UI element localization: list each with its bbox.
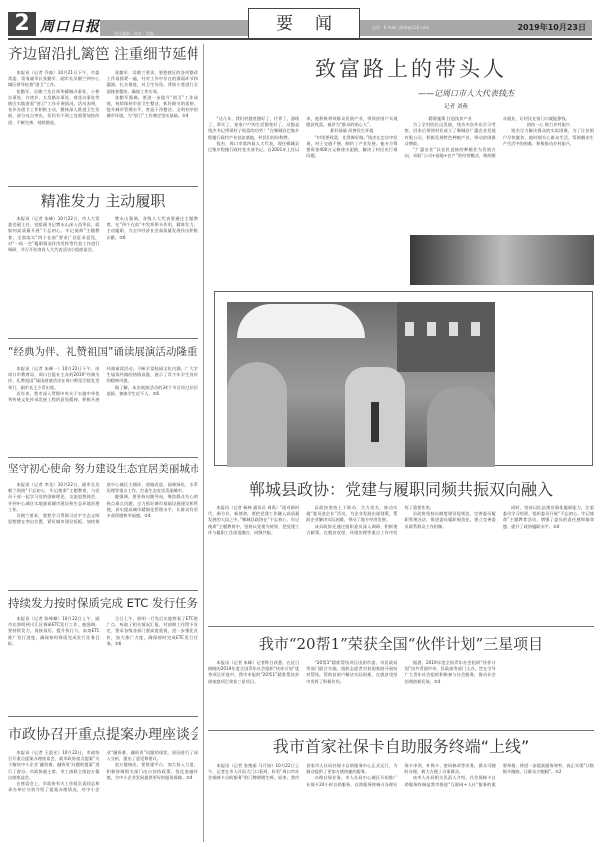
headline: 齐边留沿扎篱笆 注重细节延伸: [8, 44, 198, 66]
lead-headline: 致富路上的带头人: [208, 52, 594, 86]
article-social-security-terminal: 我市首家社保卡自助服务终端“上线” 本报讯（记者 张艳丽 马月如）10月22日上…: [208, 734, 594, 844]
article-etc-issuance: 持续发力按时保质完成 ETC 发行任务 本报讯（记者 陈峥嵘）10月22日上午，…: [8, 593, 198, 705]
photo-news-block: [214, 291, 593, 466]
article-people-congress-duty: 精准发力 主动履职 本报讯（记者 朱峰）10月22日，市人大常委会副主任、党组副…: [8, 190, 198, 335]
divider: [8, 716, 198, 717]
article-body: 本报讯（记者 张艳丽 马月如）10月22日上午，记者在市人社局大门口看到，标有“…: [208, 763, 594, 843]
paragraph: 据了解，本次展演活动的34个节目经过层层选拔，参演学生近千人。②6: [107, 385, 199, 397]
paper-name-logo: 周口日报: [40, 16, 100, 36]
news-photo: [227, 302, 495, 467]
article-body: 本报讯（记者 朱峰一）10月22日下午，由周口市教育局、周口日报社主办的2019…: [8, 366, 198, 454]
paragraph: 樊永山强调，各级人大代表要通过主题教育，在“四个在前”中发挥带头作用，精准发力，…: [107, 216, 199, 241]
paragraph: 张勤军、吴朝兰先后到华耀城办事处、小桥办事处、许湾乡、太昊路办事处、荷花办事处等…: [8, 89, 100, 126]
byline: 记者 刘燕: [208, 102, 594, 112]
masthead-rule: [8, 38, 592, 40]
umbrella-shape: [237, 304, 365, 338]
section-title: 要闻: [248, 8, 360, 38]
paragraph: “20帮1”精准帮扶项目由团市委、市民政局等部门联合实施，组织志愿者对贫困家庭开…: [306, 660, 397, 685]
page-number: 2: [8, 12, 36, 36]
crowd-shape: [427, 387, 495, 467]
article-partner-program: 我市“20帮1”荣获全国“伙伴计划”三星项目 本报讯（记者 朱峰）记者昨日获悉，…: [208, 630, 594, 728]
divider: [208, 626, 594, 627]
paragraph: 张勤军强调，要进一步提升“创卫”工作成效，持续保持市容卫生整洁，抓好细节的延伸，…: [107, 95, 199, 120]
meta-bar: 电话 · E-mail: zkrb@126.com 2019年10月23日: [360, 20, 592, 36]
divider: [8, 590, 198, 591]
editor-credits: 责任编辑 · 校对 · 美编: [100, 31, 154, 36]
divider: [208, 730, 594, 731]
divider: [8, 457, 198, 458]
paragraph: 钱杰尽力解决群众的实际困难，为了让贫困户尽快脱贫，他时刻关心群众生活，帮助解决生…: [503, 128, 594, 147]
issue-date: 2019年10月23日: [517, 20, 586, 36]
campaign-banner: [410, 235, 594, 285]
article-body: 本报讯（记者 王晨光）10月22日，市政协召开重点提案办理座谈会，就市政协重点提…: [8, 750, 198, 842]
article-body: 本报讯（记者 乔森）10月21日下午，市委常委、常务副市长张勤军、副市长吴朝兰到…: [8, 70, 198, 182]
paragraph: 为了全村的长远发展，钱杰多次外出学习考察，回来后带领村民成立了郸城县广惠农业发展…: [405, 122, 496, 147]
headline: 市政协召开重点提案办理座谈会: [8, 724, 198, 746]
article-body: 本报讯（记者 杨林 通讯员 周禹）“面对新时代、新方位、新使命，要把党建工作融入…: [208, 505, 594, 623]
article-ecological-city: 坚守初心使命 努力建设生态宜居美丽城市 本报讯（记者 李龙）10月22日，副市长…: [8, 460, 198, 588]
paragraph: 县政协坚持以制度建设促规范，完善委员履职管理办法，推进委员履职规范化，建立完善委…: [405, 511, 496, 530]
paragraph: “村里要致富，先得修好路。”钱杰在走访中发现，村子交通不便，制约了产业发展。他多…: [306, 135, 397, 160]
masthead: 2 周口日报 责任编辑 · 校对 · 美编 要闻 电话 · E-mail: zk…: [8, 8, 592, 38]
paragraph: 本报讯（记者 杨林 通讯员 周禹）“面对新时代、新方位、新使命，要把党建工作融入…: [208, 505, 299, 536]
article-proposal-symposium: 市政协召开重点提案办理座谈会 本报讯（记者 王晨光）10月22日，市政协召开重点…: [8, 724, 198, 842]
article-body: 本报讯（记者 李龙）10月22日，副市长吴朝兰围绕“不忘初心、牢记使命”主题教育…: [8, 482, 198, 588]
crowd-shape: [227, 362, 287, 467]
divider: [8, 186, 198, 187]
column-divider: [203, 44, 204, 842]
article-classic-reading: “经典为伴、礼赞祖国”诵读展演活动隆重举行 本报讯（记者 朱峰一）10月22日下…: [8, 342, 198, 454]
headline: 我市首家社保卡自助服务终端“上线”: [208, 734, 594, 760]
tie-shape: [371, 402, 379, 442]
contact-info: 电话 · E-mail: zkrb@126.com: [372, 20, 429, 36]
paragraph: 本报讯（记者 乔森）10月21日下午，市委常委、常务副市长张勤军、副市长吴朝兰到…: [8, 70, 100, 89]
paragraph: “这几年，我们村越变越好了，疗养了，游线了，厚实了，家家户户的生活都变好了，这都…: [208, 116, 299, 141]
article-creating-sanitary-city: 齐边留沿扎篱笆 注重细节延伸 本报讯（记者 乔森）10月21日下午，市委常委、常…: [8, 44, 198, 182]
paragraph: 县政协坚持上下联动、合力攻关，推动实施“委员进企业”活动，为企业发展出谋划策，帮…: [306, 505, 397, 524]
headline: 我市“20帮1”荣获全国“伙伴计划”三星项目: [208, 630, 594, 658]
paragraph: 她强调，要坚持问题导向，聚焦群众关心的热点难点问题，全力抓好城市基础设施建设和管…: [107, 494, 199, 519]
article-body: 本报讯（记者 陈峥嵘）10月22日上午，副市长郭明到川汇区调研ETC发行工作，他…: [8, 616, 198, 704]
paragraph: 本报讯（记者 朱峰一）10月22日下午，由周口市教育局、周口日报社主办的2019…: [8, 366, 100, 391]
paragraph: 当日上午，郭明一行先后实地察看了ETC推广点，听取了相关情况汇报，对前期工作给予…: [107, 616, 199, 647]
paragraph: 据悉，2019年度全国青年社会组织“伙伴计划”由共青团中央、民政部等部门主办，旨…: [405, 660, 496, 685]
headline: 精准发力 主动履职: [8, 190, 198, 212]
headline: 坚守初心使命 努力建设生态宜居美丽城市: [8, 460, 198, 478]
divider: [8, 338, 198, 339]
paragraph: 张勤军、吴朝兰要求，要把辖区的各项整改工作再抓紧一遍，针对工作中存在的薄弱环节和…: [107, 70, 199, 95]
paragraph: 同时，坚持以队伍建设强化履职能力，注重委员学习培训，组织委员开展“不忘初心、牢记…: [503, 505, 594, 530]
wall-shape: [397, 302, 495, 372]
paragraph: 本报讯（记者 朱峰）记者昨日获悉，在近日揭晓的2019年度全国青年社会组织“伙伴…: [208, 660, 299, 685]
article-body: 本报讯（记者 朱峰）记者昨日获悉，在近日揭晓的2019年度全国青年社会组织“伙伴…: [208, 660, 594, 726]
headline: 持续发力按时保质完成 ETC 发行任务: [8, 593, 198, 613]
paragraph: 本报讯（记者 陈峥嵘）10月22日上午，副市长郭明到川汇区调研ETC发行工作，他…: [8, 616, 100, 647]
paragraph: 赵万俊指出，要搭建平台，加大投入力度，积极协调相关部门出台扶持政策，优化金融环境…: [107, 762, 199, 781]
paragraph: 本报讯（记者 朱峰）10月22日，市人大常委会副主任、党组副书记樊永山深入西华县…: [8, 216, 100, 253]
article-cppcc-party-building: 郸城县政协：党建与履职同频共振双向融入 本报讯（记者 杨林 通讯员 周禹）“面对…: [208, 478, 594, 624]
paragraph: 本报讯（记者 王晨光）10月22日，市政协召开重点提案办理座谈会，就市政协重点提…: [8, 750, 100, 781]
headline: 郸城县政协：党建与履职同频共振双向融入: [208, 478, 594, 502]
article-body: 本报讯（记者 朱峰）10月22日，市人大常委会副主任、党组副书记樊永山深入西华县…: [8, 216, 198, 334]
subheadline: ——记周口市人大代表钱杰: [208, 88, 594, 100]
headline: “经典为伴、礼赞祖国”诵读展演活动隆重举行: [8, 342, 198, 362]
editor-bar: 责任编辑 · 校对 · 美编: [100, 20, 248, 36]
paragraph: 本报讯（记者 李龙）10月22日，副市长吴朝兰围绕“不忘初心、牢记使命”主题教育…: [8, 482, 100, 513]
